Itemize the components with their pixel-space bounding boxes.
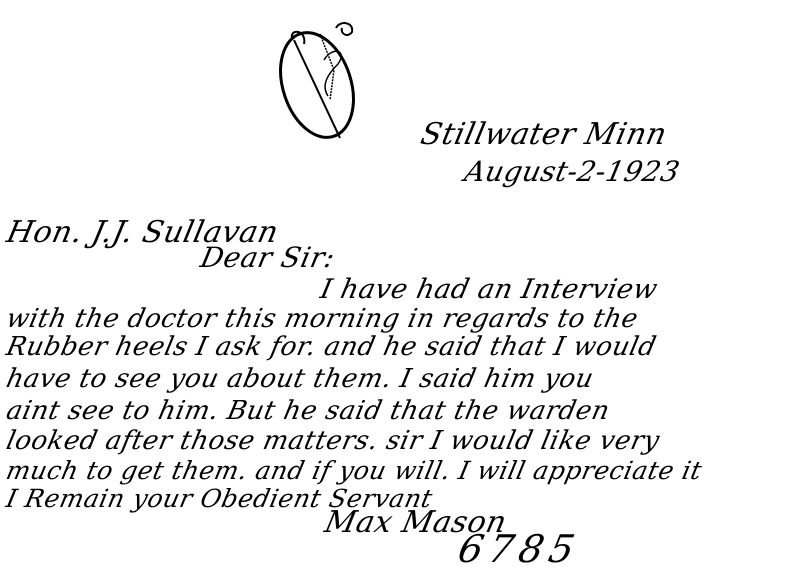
- body-line: looked after those matters. sir I would …: [4, 428, 662, 454]
- body-line: with the doctor this morning in regards …: [4, 306, 641, 332]
- body-line: I have had an Interview: [318, 276, 660, 303]
- circled-initials-stamp-icon: [262, 10, 372, 140]
- letter-place: Stillwater Minn: [418, 120, 669, 150]
- body-line: Rubber heels I ask for. and he said that…: [4, 334, 659, 360]
- signature-number: 6785: [455, 530, 584, 568]
- letter-greeting: Dear Sir:: [198, 244, 337, 272]
- letter-page: Stillwater Minn August-2-1923 Hon. J.J. …: [0, 0, 800, 575]
- letter-date: August-2-1923: [462, 158, 682, 186]
- body-line: much to get them. and if you will. I wil…: [4, 458, 704, 483]
- body-line: have to see you about them. I said him y…: [4, 366, 596, 392]
- body-line: aint see to him. But he said that the wa…: [4, 398, 612, 424]
